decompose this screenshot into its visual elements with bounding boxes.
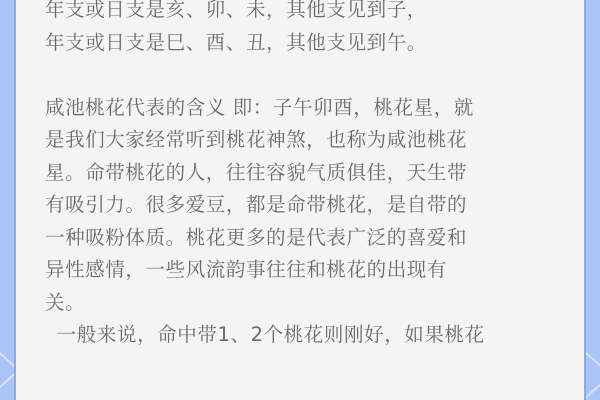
panel-border-right (584, 0, 586, 400)
paragraph-line: 有吸引力。很多爱豆，都是命带桃花，是自带的 (45, 189, 573, 222)
paragraph-line: 咸池桃花代表的含义 即：子午卯酉，桃花星，就 (45, 92, 573, 125)
intro-line: 年支或日支是巳、酉、丑，其他支见到午。 (45, 27, 573, 60)
paragraph-line: 关。 (45, 287, 573, 320)
paragraph-gap (45, 59, 573, 92)
paragraph-line: 是我们大家经常听到桃花神煞，也称为咸池桃花 (45, 124, 573, 157)
content-panel: 年支或日支是亥、卯、未，其他支见到子， 年支或日支是巳、酉、丑，其他支见到午。 … (16, 0, 584, 400)
paragraph-line: 一种吸粉体质。桃花更多的是代表广泛的喜爱和 (45, 222, 573, 255)
trailing-line: 一般来说，命中带1、2个桃花则刚好，如果桃花 (45, 319, 573, 352)
paragraph-line: 异性感情，一些风流韵事往往和桃花的出现有 (45, 254, 573, 287)
intro-line: 年支或日支是亥、卯、未，其他支见到子， (45, 0, 573, 27)
paragraph-line: 星。命带桃花的人，往往容貌气质俱佳，天生带 (45, 157, 573, 190)
page-frame: 年支或日支是亥、卯、未，其他支见到子， 年支或日支是巳、酉、丑，其他支见到午。 … (0, 0, 600, 400)
article-body: 年支或日支是亥、卯、未，其他支见到子， 年支或日支是巳、酉、丑，其他支见到午。 … (45, 0, 573, 352)
